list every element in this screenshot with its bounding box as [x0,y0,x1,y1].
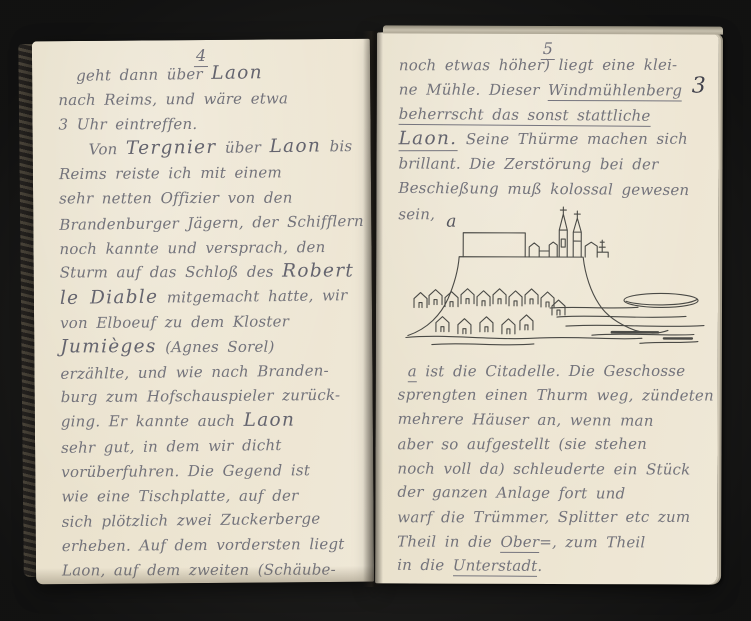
photo-backdrop: 4 geht dann über Laonnach Reims, und wär… [0,0,751,621]
handwriting-line: burg zum Hofschauspieler zurück- [61,383,366,410]
handwriting-line: Sturm auf das Schloß des Robert [60,260,365,286]
handwriting-text: Reims reiste ich mit einem [59,164,282,184]
handwriting-text: mehrere Häuser an, wenn man [398,410,654,430]
handwriting-text: wie eine Tischplatte, auf der [61,486,298,505]
handwriting-text: aber so aufgestellt (sie stehen [398,435,648,453]
handwriting-text: nach Reims, und wäre etwa [58,89,288,109]
handwriting-text: von Elboeuf zu dem Kloster [60,312,289,332]
handwriting-text: sehr netten Offizier von den [59,189,293,208]
place-name: Laon. [399,129,458,152]
handwriting-line: Beschießung muß kolossal gewesen [398,176,689,203]
handwriting-line: erzählte, und wie nach Branden- [60,357,365,386]
handwriting-line: brillant. Die Zerstörung bei der [398,152,689,178]
handwriting-line: wie eine Tischplatte, auf der [61,483,366,509]
cathedral-tower-left [559,207,567,257]
handwriting-text: erheben. Auf dem vordersten liegt [62,535,345,555]
handwriting-text: ging. Er kannte auch [61,412,244,431]
handwriting-line: Reims reiste ich mit einem [59,160,364,187]
handwriting-line: 3 Uhr eintreffen. [58,111,363,137]
right-page-handwriting-bottom: a ist die Citadelle. Die Geschossespreng… [397,358,714,579]
ground-hatching [406,307,704,346]
handwriting-text: beherrscht das sonst stattliche [399,104,651,126]
cathedral [529,207,608,257]
handwriting-line: Von Tergnier über Laon bis [59,134,364,163]
handwriting-line: mehrere Häuser an, wenn man [398,407,714,434]
handwriting-line: warf die Trümmer, Splitter etc zum [397,505,713,530]
handwriting-text: a [408,362,417,382]
handwriting-text: vorüberfuhren. Die Gegend ist [61,461,310,481]
handwriting-line: nach Reims, und wäre etwa [58,86,363,113]
handwriting-text: warf die Trümmer, Splitter etc zum [397,508,690,527]
place-name: Laon [269,136,321,158]
handwriting-line: aber so aufgestellt (sie stehen [398,432,714,457]
handwriting-line: erheben. Auf dem vordersten liegt [62,532,367,559]
handwriting-text: Unterstadt [453,556,538,577]
sketch-label-a: a [446,212,456,232]
handwriting-line: geht dann über Laon [58,60,363,89]
handwriting-text: noch etwas höher) liegt eine klei- [399,56,678,74]
handwriting-line: in die Unterstadt. [397,553,713,580]
handwriting-text: Sturm auf das Schloß des [60,263,283,282]
folio-number: 3 [692,74,706,99]
handwriting-text: Von [89,140,126,158]
place-name: Jumièges [60,336,157,357]
handwriting-line: ging. Er kannte auch Laon [61,409,366,435]
handwriting-line: Laon. Seine Thürme machen sich [399,127,690,152]
handwriting-text: geht dann über [76,65,211,85]
handwriting-line: Laon, auf dem zweiten (Schäube- [62,557,367,583]
handwriting-text: 3 Uhr eintreffen. [58,115,197,133]
place-name: le Diable [60,287,159,309]
handwriting-text: mitgemacht hatte, wir [158,286,347,306]
place-name: Laon [244,410,296,431]
pond [624,293,698,307]
handwriting-text: Windmühlenberg [548,81,682,101]
handwriting-line: Jumièges (Agnes Sorel) [60,334,365,360]
handwriting-text: erzählte, und wie nach Branden- [60,361,329,383]
right-page: 5 3 noch etwas höher) liegt eine klei-ne… [375,32,719,584]
place-name: Tergnier [126,137,217,159]
laon-hill-sketch: a [402,204,715,357]
right-page-handwriting-top: noch etwas höher) liegt eine klei-ne Müh… [398,52,690,227]
handwriting-text: sprengten einen Thurm weg, zündeten [398,386,714,405]
cathedral-tower-right [573,211,581,257]
handwriting-text: (Agnes Sorel) [157,337,275,355]
binding-gutter-shadow [363,31,383,587]
handwriting-text: brillant. Die Zerstörung bei der [398,155,658,174]
handwriting-text: ne Mühle. Dieser [399,80,548,99]
handwriting-text: . [537,557,542,575]
handwriting-text: Brandenburger Jägern, der Schifflern [59,212,364,234]
chapel [585,240,608,257]
handwriting-text: sich plötzlich zwei Zuckerberge [62,510,321,531]
handwriting-line: noch etwas höher) liegt eine klei- [399,53,690,78]
handwriting-text: in die [397,556,453,574]
left-page-handwriting: geht dann über Laonnach Reims, und wäre … [58,61,367,584]
handwriting-text: Laon, auf dem zweiten (Schäube- [62,560,336,579]
place-name: Laon [211,62,263,84]
handwriting-line: sehr gut, in dem wir dicht [61,432,366,461]
handwriting-line: le Diable mitgemacht hatte, wir [60,283,365,312]
handwriting-text: sehr gut, in dem wir dicht [61,436,282,457]
handwriting-text: ist die Citadelle. Die Geschosse [417,362,685,380]
lower-town-houses [414,289,565,335]
place-name: Robert [282,261,354,282]
handwriting-line: sprengten einen Thurm weg, zündeten [398,383,714,408]
handwriting-line: a ist die Citadelle. Die Geschosse [398,359,714,384]
handwriting-line: noch voll da) schleuderte ein Stück [397,456,713,481]
handwriting-text: noch voll da) schleuderte ein Stück [397,459,690,478]
left-page: 4 geht dann über Laonnach Reims, und wär… [32,39,374,585]
handwriting-text: =, zum Theil [539,533,645,551]
handwriting-line: vorüberfuhren. Die Gegend ist [61,457,366,484]
handwriting-line: Theil in die Ober=, zum Theil [397,529,713,554]
handwriting-line: ne Mühle. Dieser Windmühlenberg [399,77,690,103]
handwriting-line: Brandenburger Jägern, der Schifflern [59,209,364,238]
handwriting-text: Beschießung muß kolossal gewesen [398,179,689,199]
handwriting-text: Seine Thürme machen sich [457,130,688,148]
handwriting-text: burg zum Hofschauspieler zurück- [61,386,341,406]
handwriting-text: Theil in die [397,532,500,550]
handwriting-line: der ganzen Anlage fort und [397,480,713,507]
handwriting-line: sich plötzlich zwei Zuckerberge [61,506,366,535]
citadel [463,233,525,257]
handwriting-text: bis [321,137,352,155]
handwriting-text: noch kannte und versprach, den [59,238,325,258]
handwriting-text: über [216,139,269,158]
handwriting-text: Ober [500,533,539,553]
handwriting-line: sehr netten Offizier von den [59,185,364,211]
handwriting-text: der ganzen Anlage fort und [397,483,625,503]
handwriting-line: beherrscht das sonst stattliche [399,101,690,128]
handwriting-line: von Elboeuf zu dem Kloster [60,309,365,336]
handwriting-line: noch kannte und versprach, den [59,234,364,261]
